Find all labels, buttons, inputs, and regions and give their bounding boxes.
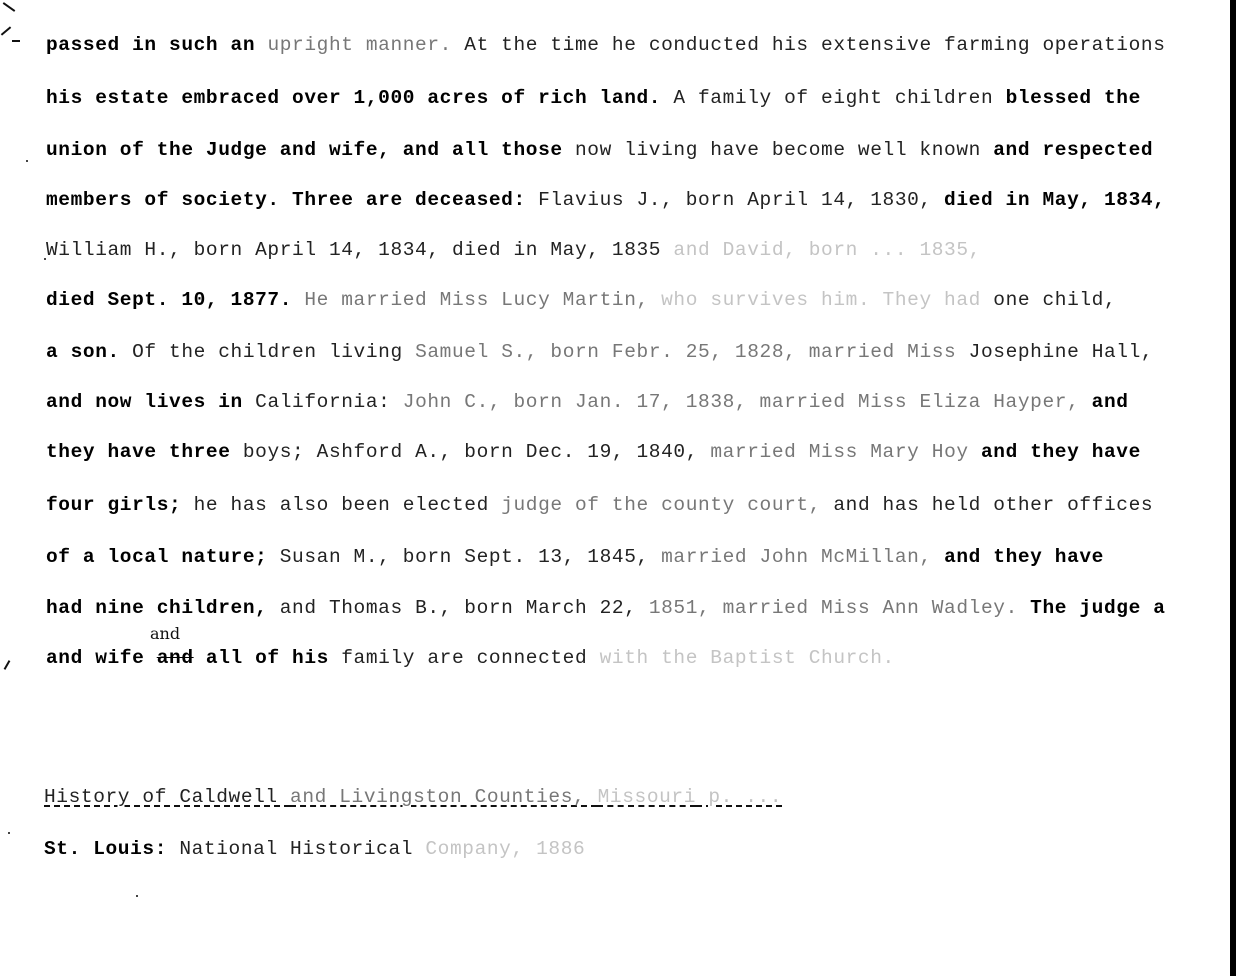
text-segment: boys; Ashford A., born Dec. 19, 1840, — [243, 441, 710, 463]
text-segment: he has also been elected — [194, 494, 502, 516]
text-segment: and Livingston Counties, — [290, 786, 598, 808]
margin-mark — [3, 2, 16, 12]
body-line: four girls; he has also been elected jud… — [46, 493, 1153, 517]
body-line: passed in such an upright manner. At the… — [46, 33, 1166, 57]
text-segment: and they have — [981, 441, 1141, 463]
text-segment: passed in such an — [46, 34, 267, 56]
scan-edge — [1230, 0, 1236, 976]
text-segment: a son. — [46, 341, 132, 363]
citation-title: History of Caldwell and Livingston Count… — [44, 785, 782, 809]
citation-publisher: St. Louis: National Historical Company, … — [44, 837, 585, 861]
body-line: his estate embraced over 1,000 acres of … — [46, 86, 1141, 110]
text-segment: died in May, 1834, — [944, 189, 1165, 211]
text-segment: Of the children living — [132, 341, 415, 363]
text-segment: of a local nature; — [46, 546, 280, 568]
text-segment: Missouri — [598, 786, 696, 808]
body-line: William H., born April 14, 1834, died in… — [46, 238, 981, 262]
text-segment: and — [157, 647, 194, 669]
text-segment: now living have become well known — [575, 139, 993, 161]
text-segment: p. ... — [696, 786, 782, 808]
text-segment: had nine children, — [46, 597, 280, 619]
text-segment: his estate embraced over 1,000 acres of … — [46, 87, 673, 109]
speck — [26, 160, 28, 162]
text-segment: and they have — [944, 546, 1104, 568]
text-segment: upright manner. — [267, 34, 452, 56]
text-segment: A family of eight children — [673, 87, 1005, 109]
speck — [44, 258, 46, 260]
text-segment: and wife — [46, 647, 157, 669]
text-segment: members of society. Three are deceased: — [46, 189, 538, 211]
body-line: members of society. Three are deceased: … — [46, 188, 1165, 212]
text-segment: Samuel S., born Febr. 25, 1828, married … — [415, 341, 969, 363]
body-line: died Sept. 10, 1877. He married Miss Luc… — [46, 288, 1116, 312]
margin-mark — [12, 40, 20, 42]
text-segment: William H., born April 14, 1834, died in… — [46, 239, 673, 261]
text-segment: married John McMillan, — [661, 546, 944, 568]
text-segment: judge of the county court, — [501, 494, 833, 516]
text-segment: and David, born ... 1835, — [673, 239, 981, 261]
margin-mark — [4, 660, 11, 670]
text-segment: one child, — [993, 289, 1116, 311]
text-segment: conducted his extensive farming operatio… — [649, 34, 1166, 56]
handwritten-correction: and — [150, 624, 180, 643]
text-segment: Flavius J., born April 14, 1830, — [538, 189, 944, 211]
text-segment: 1851, married Miss Ann Wadley. — [649, 597, 1030, 619]
body-line: a son. Of the children living Samuel S.,… — [46, 340, 1153, 364]
text-segment: He married Miss Lucy Martin, — [304, 289, 661, 311]
text-segment: Company, 1886 — [425, 838, 585, 860]
text-segment: John C., born Jan. 17, 1838, married Mis… — [403, 391, 1092, 413]
text-segment: with the Baptist Church. — [600, 647, 895, 669]
text-segment: History of Caldwell — [44, 786, 290, 808]
text-segment: who survives him. They had — [661, 289, 993, 311]
body-line: they have three boys; Ashford A., born D… — [46, 440, 1141, 464]
body-line: and now lives in California: John C., bo… — [46, 390, 1129, 414]
text-segment: and now lives in — [46, 391, 255, 413]
text-segment: and Thomas B., born March 22, — [280, 597, 649, 619]
margin-mark — [1, 26, 11, 35]
text-segment: California: — [255, 391, 403, 413]
text-segment: and has held other offices — [833, 494, 1153, 516]
text-segment: National Historical — [179, 838, 425, 860]
text-segment: and — [1092, 391, 1129, 413]
text-segment: The judge a — [1030, 597, 1165, 619]
text-segment: died Sept. 10, 1877. — [46, 289, 304, 311]
speck — [8, 832, 10, 834]
text-segment: all of his — [194, 647, 342, 669]
text-segment: four girls; — [46, 494, 194, 516]
text-segment: married Miss Mary Hoy — [710, 441, 981, 463]
text-segment: they have three — [46, 441, 243, 463]
body-line: and wife and all of his family are conne… — [46, 646, 895, 670]
body-line: union of the Judge and wife, and all tho… — [46, 138, 1153, 162]
speck — [136, 895, 138, 897]
text-segment: union of the Judge and wife, and all tho… — [46, 139, 575, 161]
scanned-document-page: passed in such an upright manner. At the… — [0, 0, 1236, 976]
text-segment: Susan M., born Sept. 13, 1845, — [280, 546, 661, 568]
text-segment: and respected — [993, 139, 1153, 161]
text-segment: blessed the — [1006, 87, 1141, 109]
body-line: had nine children, and Thomas B., born M… — [46, 596, 1166, 620]
body-line: of a local nature; Susan M., born Sept. … — [46, 545, 1104, 569]
text-segment: Josephine Hall, — [969, 341, 1154, 363]
text-segment: St. Louis: — [44, 838, 179, 860]
text-segment: At the time he — [452, 34, 649, 56]
text-segment: family are connected — [341, 647, 599, 669]
